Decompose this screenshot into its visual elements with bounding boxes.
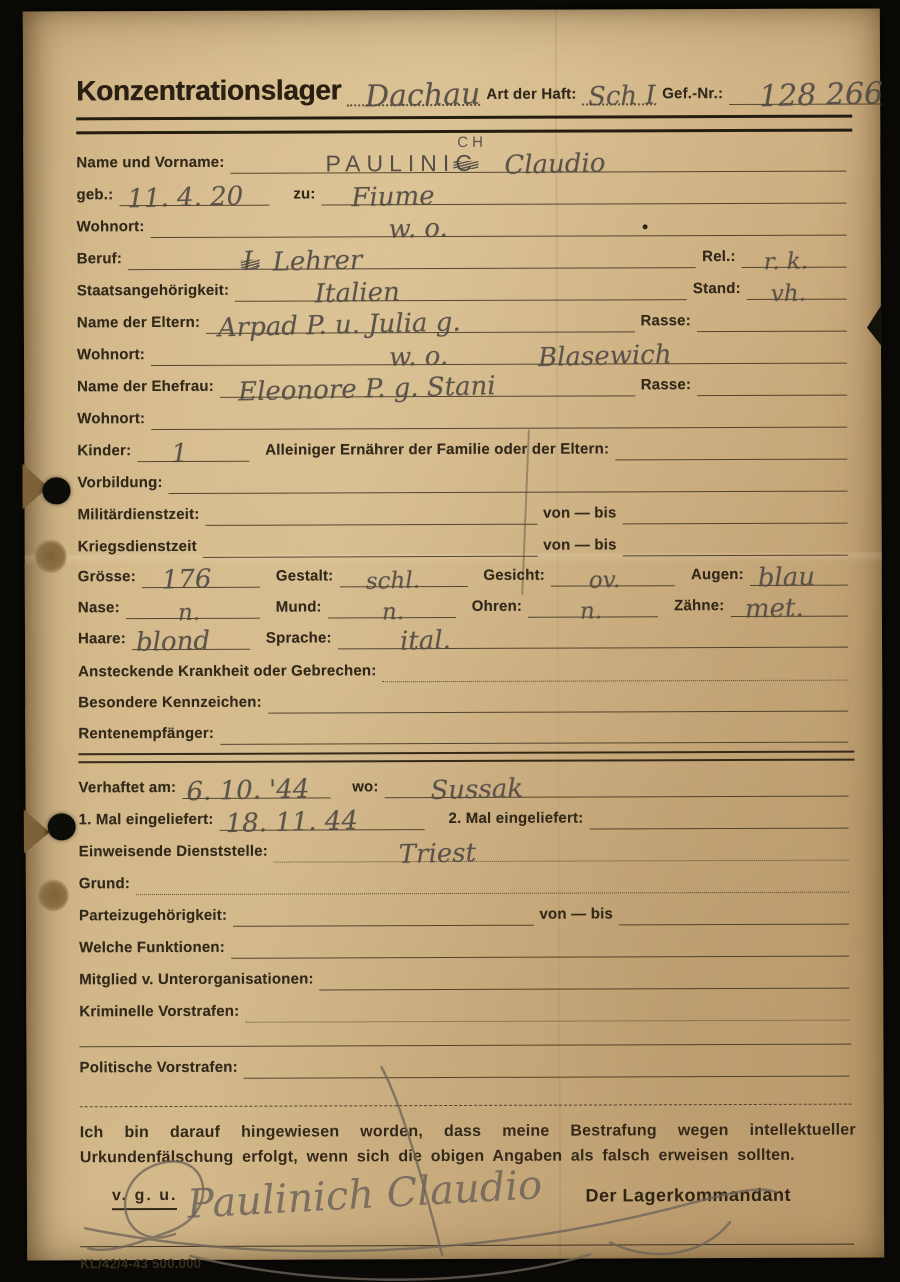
gef-nr-value: 128 266 — [759, 82, 884, 109]
ink-dot — [643, 224, 648, 229]
staat-line: Italien — [235, 267, 687, 302]
mitglied-label: Mitglied v. Unterorganisationen: — [79, 971, 314, 991]
groesse-label: Grösse: — [78, 569, 136, 588]
field-nase-row: Nase: n. Mund: n. Ohren: n. Zähne: met. — [78, 586, 854, 620]
field-beruf: Beruf: L Lehrer Rel.: r. k. — [77, 236, 853, 271]
wohnort3-label: Wohnort: — [77, 411, 145, 430]
funktionen-line — [231, 924, 849, 959]
wo-line: Sussak — [385, 764, 849, 799]
section-rule — [78, 751, 854, 764]
name-struck-letter: CCH — [455, 153, 478, 174]
ohren-line: n. — [528, 585, 658, 617]
eltern-line: Arpad P. u. Julia g. — [206, 299, 634, 333]
mal2-label: 2. Mal eingeliefert: — [448, 811, 583, 830]
stand-line: vh. — [747, 267, 847, 300]
field-name: Name und Vorname: PAULINICCH Claudio — [76, 140, 852, 175]
groesse-line: 176 — [142, 556, 260, 588]
hole-punch — [42, 477, 70, 504]
partei-line — [233, 893, 533, 927]
rente-line — [220, 711, 848, 745]
kriegs-vonbis-line — [623, 523, 848, 557]
stand-label: Stand: — [693, 281, 741, 300]
kinder-label: Kinder: — [77, 443, 131, 462]
mund-label: Mund: — [276, 599, 322, 618]
dienststelle-label: Einweisende Dienststelle: — [79, 844, 268, 864]
rasse1-line — [697, 299, 847, 333]
vgu-label: v. g. u. — [112, 1187, 178, 1210]
field-wohnort-2: Wohnort: w. o. Blasewich — [77, 332, 853, 367]
field-militaerdienstzeit: Militärdienstzeit: von — bis — [78, 492, 854, 527]
header-rule — [76, 115, 852, 135]
grund-line — [136, 860, 849, 895]
nase-label: Nase: — [78, 600, 120, 619]
document-scan: Konzentrationslager Dachau Art der Haft:… — [23, 9, 884, 1261]
field-krankheit: Ansteckende Krankheit oder Gebrechen: — [78, 650, 854, 684]
field-groesse-row: Grösse: 176 Gestalt: schl. Gesicht: ov. … — [78, 555, 854, 589]
gesicht-label: Gesicht: — [483, 568, 545, 587]
krankheit-label: Ansteckende Krankheit oder Gebrechen: — [78, 663, 376, 683]
partei-label: Parteizugehörigkeit: — [79, 908, 227, 928]
mund-line: n. — [328, 586, 456, 618]
augen-line: blau — [750, 554, 848, 586]
kennzeichen-line — [268, 680, 848, 714]
vorbildung-label: Vorbildung: — [77, 475, 162, 494]
kriminell-line — [245, 988, 849, 1023]
signature-header-row: v. g. u. Der Lagerkommandant — [80, 1184, 856, 1210]
zaehne-label: Zähne: — [674, 598, 724, 617]
rasse2-line — [697, 363, 847, 397]
name-label: Name und Vorname: — [76, 155, 224, 175]
field-eingeliefert: 1. Mal eingeliefert: 18. 11. 44 2. Mal e… — [79, 797, 855, 832]
blank-line — [80, 1104, 852, 1108]
zu-label: zu: — [293, 186, 315, 205]
kennzeichen-label: Besondere Kennzeichen: — [78, 695, 262, 715]
politisch-line — [244, 1044, 850, 1079]
field-mitglied: Mitglied v. Unterorganisationen: — [79, 957, 855, 992]
beruf-line: L Lehrer — [128, 235, 696, 270]
torn-notch — [24, 809, 50, 853]
wohnort1-label: Wohnort: — [77, 219, 145, 238]
hole-punch — [48, 813, 76, 840]
haare-label: Haare: — [78, 631, 126, 650]
zu-line: Fiume — [321, 171, 846, 206]
ohren-label: Ohren: — [472, 599, 522, 618]
rasse2-label: Rasse: — [641, 377, 691, 396]
wohnort2-label: Wohnort: — [77, 347, 145, 366]
militaer-label: Militärdienstzeit: — [78, 507, 200, 526]
kriminell-label: Kriminelle Vorstrafen: — [79, 1004, 239, 1024]
field-eltern: Name der Eltern: Arpad P. u. Julia g. Ra… — [77, 300, 853, 335]
mal1-label: 1. Mal eingeliefert: — [79, 812, 214, 831]
rasse1-label: Rasse: — [640, 313, 690, 332]
field-politisch: Politische Vorstrafen: — [79, 1045, 855, 1080]
mal1-line: 18. 11. 44 — [219, 797, 424, 831]
gef-nr-label: Gef.-Nr.: — [662, 86, 723, 105]
politisch-label: Politische Vorstrafen: — [79, 1060, 237, 1080]
signature-line — [80, 1243, 854, 1247]
field-verhaftet: Verhaftet am: 6. 10. '44 wo: Sussak — [78, 765, 854, 800]
partei-vonbis-label: von — bis — [539, 906, 613, 925]
sprache-line: ital. — [338, 616, 848, 650]
field-staatsangehoerigkeit: Staatsangehörigkeit: Italien Stand: vh. — [77, 268, 853, 303]
camp-name-value: Dachau — [365, 83, 481, 110]
gestalt-label: Gestalt: — [276, 568, 334, 587]
art-der-haft-line: Sch I — [582, 57, 656, 105]
field-rentenempfaenger: Rentenempfänger: — [78, 712, 854, 746]
torn-notch-right — [867, 305, 882, 347]
wohnort1-line: w. o. — [150, 203, 846, 238]
geb-label: geb.: — [76, 187, 113, 206]
ehefrau-line: Eleonore P. g. Stani — [220, 363, 635, 397]
form-header: Konzentrationslager Dachau Art der Haft:… — [76, 59, 852, 108]
dienststelle-line: Triest — [274, 828, 849, 863]
augen-label: Augen: — [691, 567, 744, 586]
rel-label: Rel.: — [702, 249, 736, 268]
mal2-line — [589, 796, 848, 830]
field-kinder: Kinder: 1 Alleiniger Ernährer der Famili… — [77, 428, 853, 463]
name-line: PAULINICCH Claudio — [230, 139, 846, 174]
militaer-line — [205, 492, 537, 526]
field-vorbildung: Vorbildung: — [77, 460, 853, 495]
field-kennzeichen: Besondere Kennzeichen: — [78, 681, 854, 715]
nase-line: n. — [126, 587, 260, 619]
field-geburtsdatum: geb.: 11. 4. 20 zu: Fiume — [76, 172, 852, 207]
stain — [35, 539, 67, 573]
wo-label: wo: — [352, 779, 379, 798]
gef-nr-line: 128 266 — [729, 57, 883, 105]
field-grund: Grund: — [79, 861, 855, 896]
stain — [38, 879, 69, 911]
beruf-label: Beruf: — [77, 251, 122, 270]
field-wohnort-1: Wohnort: w. o. — [77, 204, 853, 239]
field-dienststelle: Einweisende Dienststelle: Triest — [79, 829, 855, 864]
vorbildung-line — [169, 459, 848, 494]
field-kriminell: Kriminelle Vorstrafen: — [79, 989, 855, 1024]
verhaftet-line: 6. 10. '44 — [182, 765, 330, 799]
eltern-label: Name der Eltern: — [77, 315, 200, 334]
partei-vonbis-line — [619, 892, 849, 926]
wohnort2-line: w. o. Blasewich — [151, 331, 847, 366]
funktionen-label: Welche Funktionen: — [79, 940, 225, 960]
field-haare-row: Haare: blond Sprache: ital. — [78, 617, 854, 651]
field-wohnort-3: Wohnort: — [77, 396, 853, 431]
geb-line: 11. 4. 20 — [119, 173, 269, 207]
art-der-haft-value: Sch I — [588, 86, 656, 108]
field-partei: Parteizugehörigkeit: von — bis — [79, 893, 855, 928]
kinder-line: 1 — [137, 429, 249, 462]
art-der-haft-label: Art der Haft: — [486, 87, 576, 106]
gesicht-line: ov. — [551, 554, 675, 586]
lagerkommandant-label: Der Lagerkommandant — [585, 1184, 791, 1206]
gestalt-line: schl. — [339, 555, 467, 587]
mitglied-line — [320, 956, 850, 991]
field-funktionen: Welche Funktionen: — [79, 925, 855, 960]
grund-label: Grund: — [79, 876, 130, 895]
ernaehrer-line — [615, 427, 847, 461]
haare-value: blond — [136, 631, 211, 654]
warning-statement: Ich bin darauf hingewiesen worden, dass … — [80, 1119, 856, 1171]
verhaftet-label: Verhaftet am: — [79, 780, 177, 799]
staat-label: Staatsangehörigkeit: — [77, 283, 229, 303]
field-ehefrau: Name der Ehefrau: Eleonore P. g. Stani R… — [77, 364, 853, 399]
form-number: KL/42/4-43 500.000 — [80, 1253, 856, 1271]
name-correction: CH — [457, 136, 487, 150]
ehefrau-label: Name der Ehefrau: — [77, 379, 214, 398]
camp-name-line: Dachau — [347, 58, 480, 106]
haare-line: blond — [132, 618, 250, 650]
kriegs-line — [203, 524, 538, 558]
militaer-vonbis-line — [623, 491, 848, 525]
wohnort3-line — [151, 395, 847, 430]
form-title: Konzentrationslager — [76, 76, 341, 107]
zaehne-line: met. — [730, 585, 848, 617]
krankheit-line — [382, 649, 848, 683]
militaer-vonbis-label: von — bis — [543, 505, 617, 524]
ernaehrer-label: Alleiniger Ernährer der Familie oder der… — [265, 441, 609, 461]
rente-label: Rentenempfänger: — [78, 726, 214, 745]
sprache-label: Sprache: — [266, 630, 332, 649]
field-kriegsdienstzeit: Kriegsdienstzeit von — bis — [78, 524, 854, 559]
rel-line: r. k. — [742, 235, 847, 268]
